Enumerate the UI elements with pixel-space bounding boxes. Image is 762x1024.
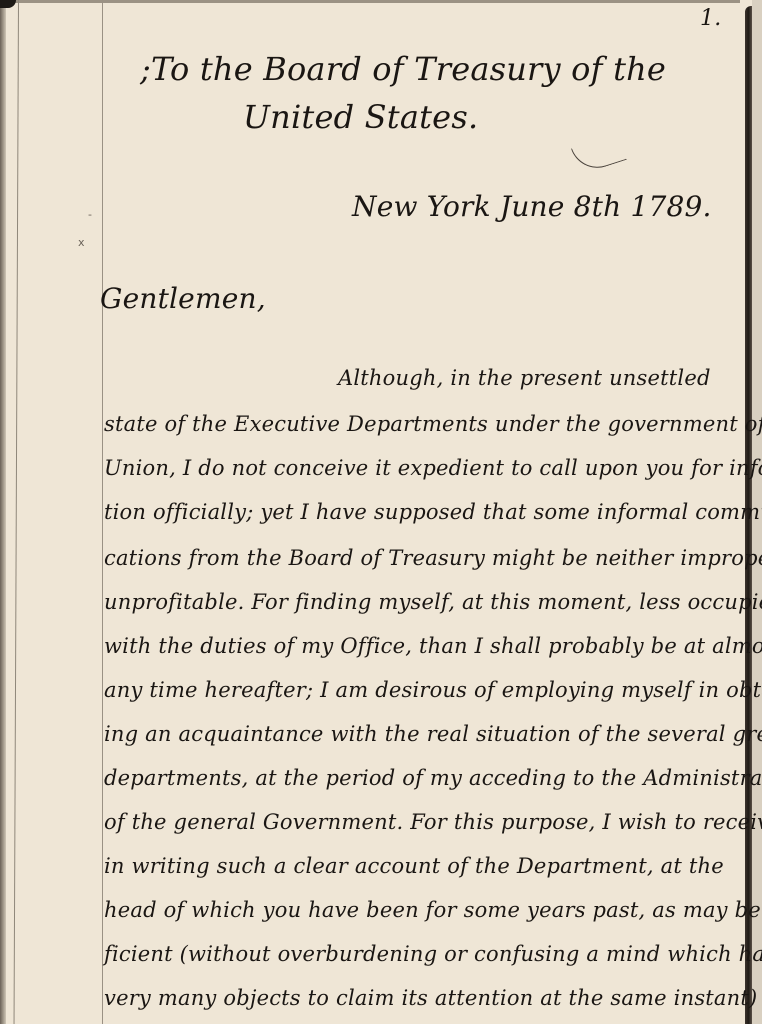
page-number: 1. xyxy=(700,6,721,31)
body-line: very many objects to claim its attention… xyxy=(104,986,744,1010)
salutation: Gentlemen, xyxy=(100,282,266,315)
margin-ruling-line xyxy=(102,0,103,1024)
dateline: New York June 8th 1789. xyxy=(352,190,712,223)
manuscript-page: 1. ;To the Board of Treasury of the Unit… xyxy=(0,0,762,1024)
margin-mark: x xyxy=(78,236,85,249)
body-line: ing an acquaintance with the real situat… xyxy=(104,722,744,746)
letter-heading-line-1: ;To the Board of Treasury of the xyxy=(140,50,666,88)
letter-heading-line-2: United States. xyxy=(243,98,478,136)
body-line: Although, in the present unsettled xyxy=(338,366,762,390)
body-line: head of which you have been for some yea… xyxy=(104,898,744,922)
body-line: unprofitable. For finding myself, at thi… xyxy=(104,590,744,614)
body-line: of the general Government. For this purp… xyxy=(104,810,744,834)
body-line: departments, at the period of my accedin… xyxy=(104,766,744,790)
body-line: ficient (without overburdening or confus… xyxy=(104,942,744,966)
body-line: with the duties of my Office, than I sha… xyxy=(104,634,744,658)
body-line: state of the Executive Departments under… xyxy=(104,412,744,436)
ink-flourish xyxy=(571,133,627,175)
body-line: any time hereafter; I am desirous of emp… xyxy=(104,678,744,702)
body-line: cations from the Board of Treasury might… xyxy=(104,546,744,570)
margin-mark: - xyxy=(88,208,92,221)
body-line: in writing such a clear account of the D… xyxy=(104,854,744,878)
outer-ruling-line xyxy=(14,0,19,1024)
body-line: tion officially; yet I have supposed tha… xyxy=(104,500,744,524)
page-left-edge xyxy=(0,0,6,1024)
body-line: Union, I do not conceive it expedient to… xyxy=(104,456,744,480)
page-top-edge xyxy=(0,0,740,3)
page-corner-shadow xyxy=(0,0,16,8)
